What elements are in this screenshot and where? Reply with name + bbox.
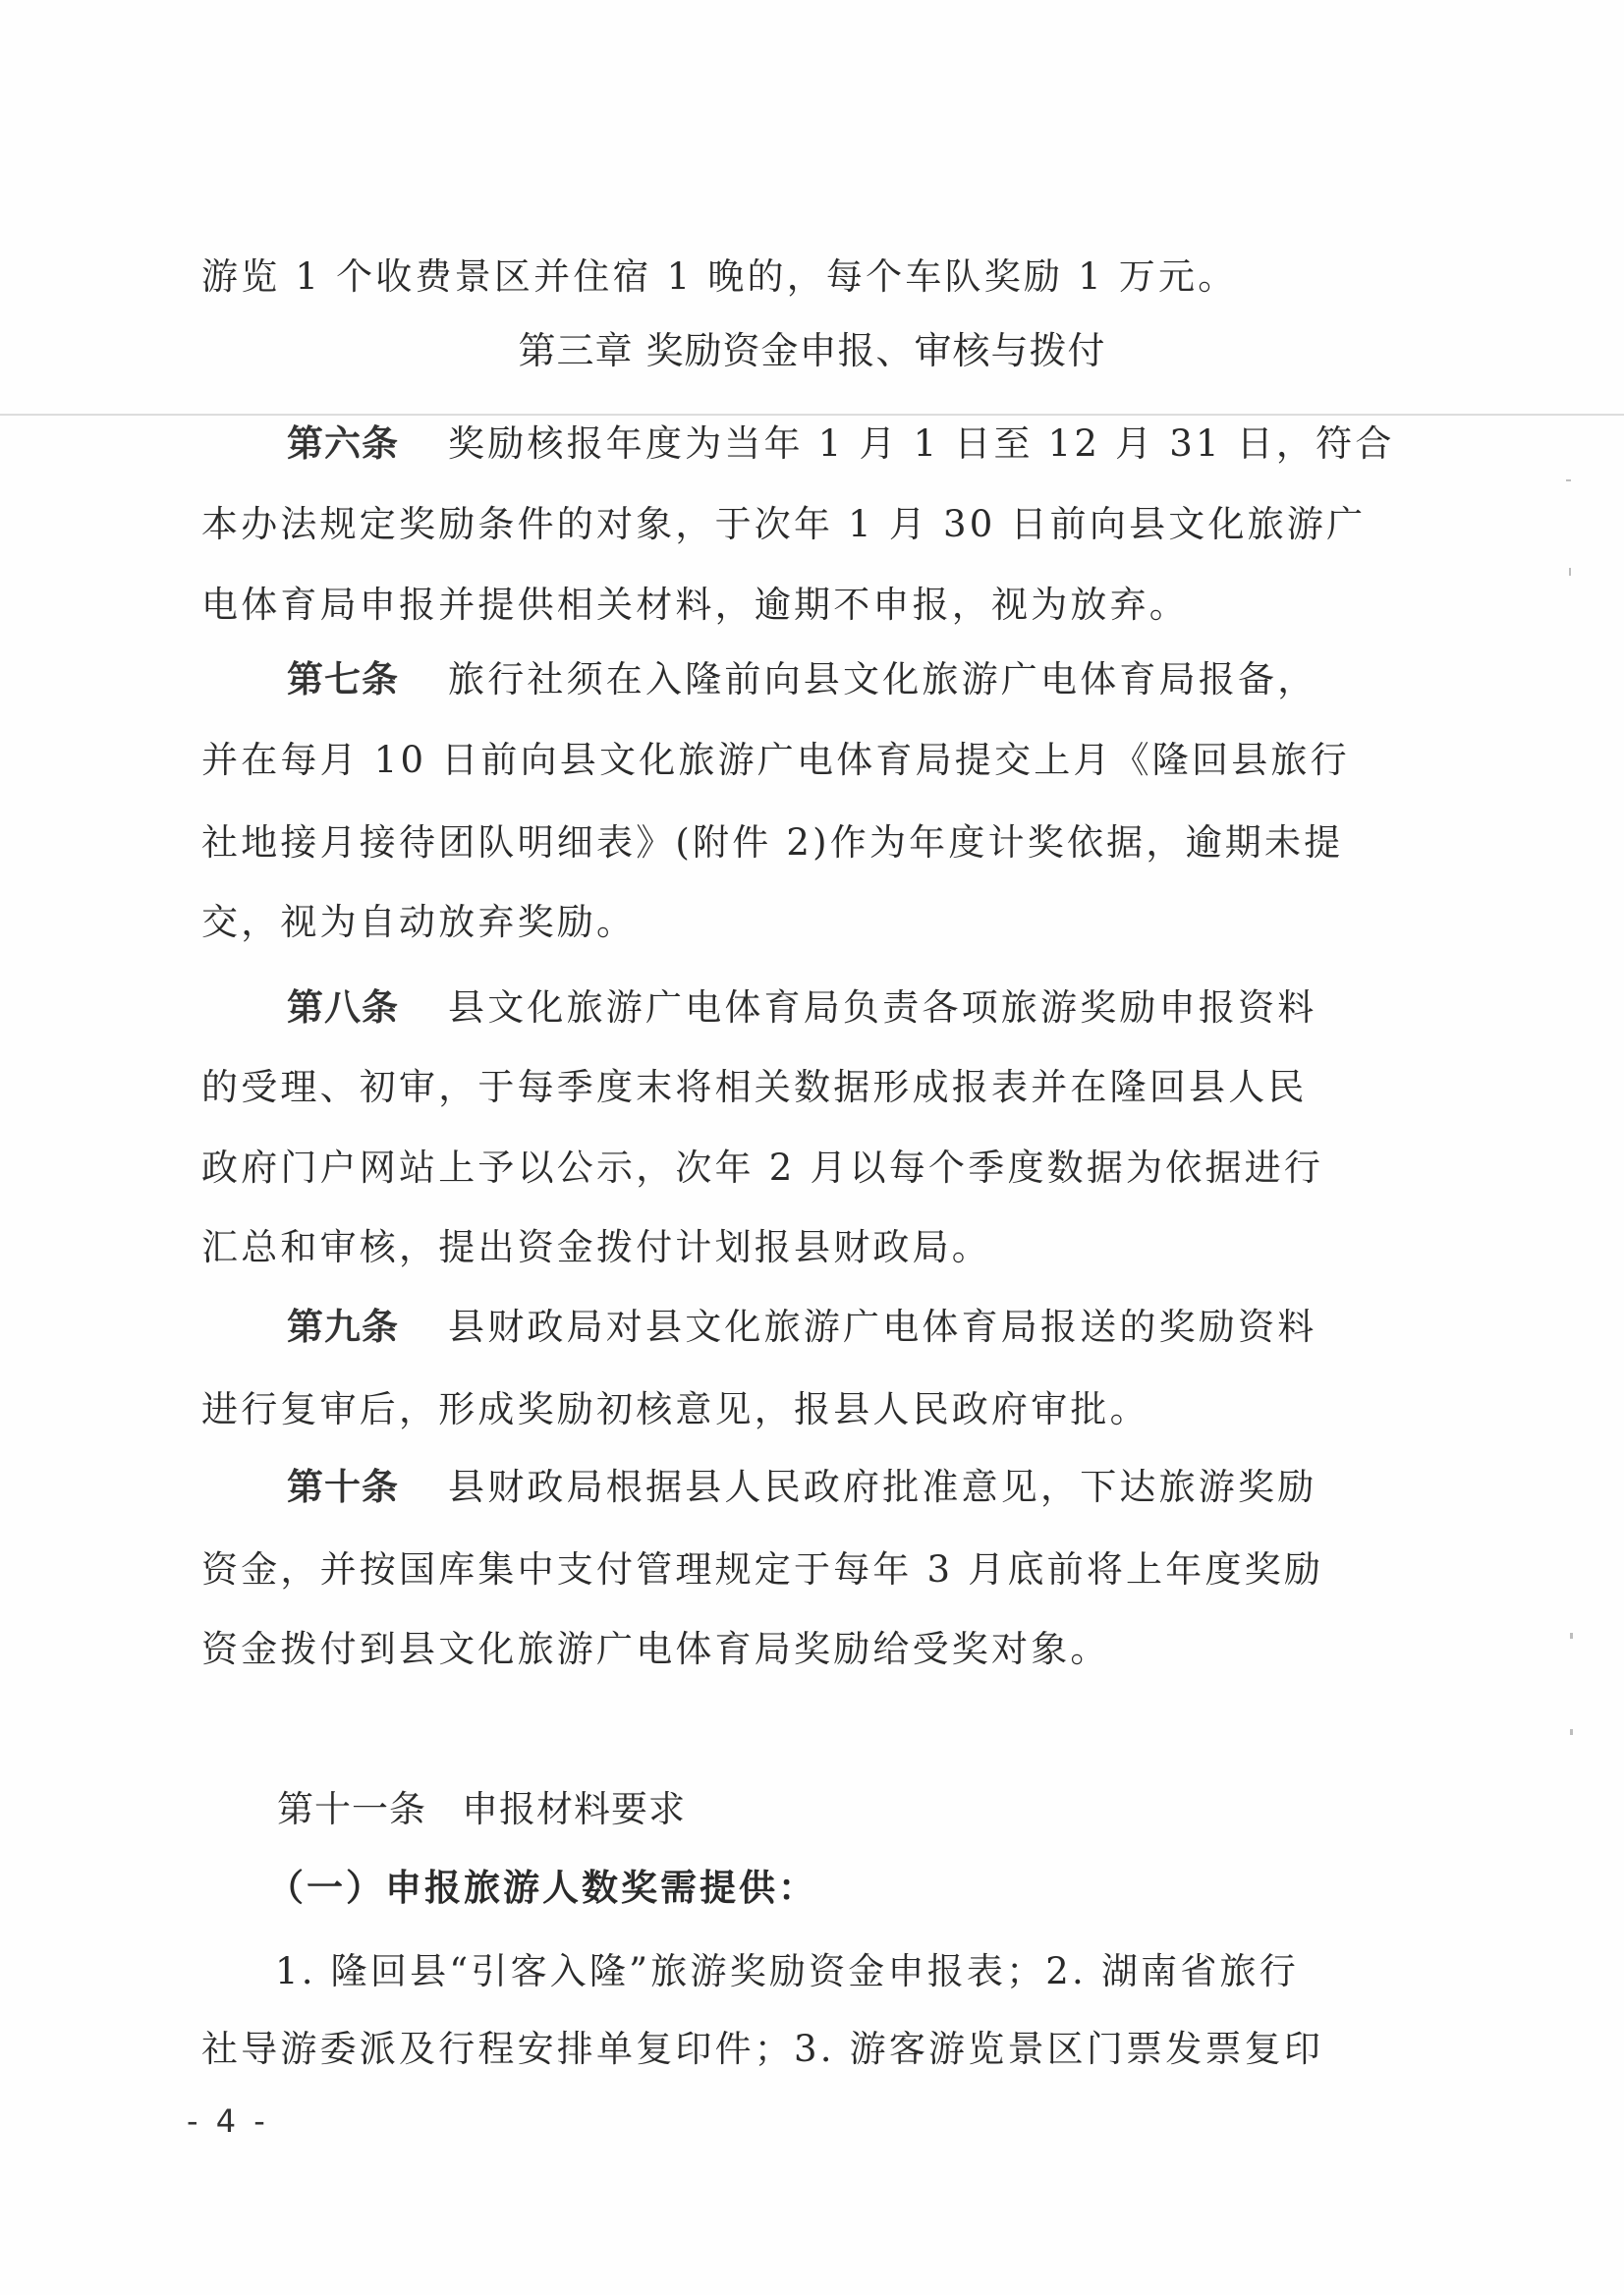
article-9-line-2: 进行复审后，形成奖励初核意见，报县人民政府审批。 <box>201 1386 1429 1433</box>
article-7-label: 第七条 <box>287 658 399 700</box>
page-number: - 4 - <box>187 2102 269 2140</box>
article-10-line-1: 第十条县财政局根据县人民政府批准意见，下达旅游奖励 <box>287 1464 1515 1511</box>
article-11-label: 第十一条 <box>277 1788 426 1830</box>
article-9-line-1: 第九条县财政局对县文化旅游广电体育局报送的奖励资料 <box>287 1304 1515 1351</box>
scan-speck <box>1570 1633 1573 1639</box>
chapter-heading: 第三章 奖励资金申报、审核与拨付 <box>0 327 1624 374</box>
article-11-heading: 第十一条申报材料要求 <box>277 1786 1505 1833</box>
article-6-line-2: 本办法规定奖励条件的对象，于次年 1 月 30 日前向县文化旅游广 <box>201 501 1429 548</box>
article-10-line-3: 资金拨付到县文化旅游广电体育局奖励给受奖对象。 <box>201 1626 1429 1673</box>
article-9-text: 县财政局对县文化旅游广电体育局报送的奖励资料 <box>448 1306 1316 1348</box>
article-7-line-1: 第七条旅行社须在入隆前向县文化旅游广电体育局报备， <box>287 656 1515 703</box>
article-7-text: 旅行社须在入隆前向县文化旅游广电体育局报备， <box>448 658 1316 700</box>
article-8-text: 县文化旅游广电体育局负责各项旅游奖励申报资料 <box>448 986 1316 1029</box>
article-8-line-3: 政府门户网站上予以公示，次年 2 月以每个季度数据为依据进行 <box>201 1145 1429 1192</box>
article-7-line-4: 交，视为自动放弃奖励。 <box>201 899 1429 946</box>
article-9-label: 第九条 <box>287 1306 399 1348</box>
article-7-line-3: 社地接月接待团队明细表》(附件 2)作为年度计奖依据，逾期未提 <box>201 819 1429 867</box>
article-10-text: 县财政局根据县人民政府批准意见，下达旅游奖励 <box>448 1466 1316 1508</box>
article-8-line-4: 汇总和审核，提出资金拨付计划报县财政局。 <box>201 1224 1429 1271</box>
article-6-line-1: 第六条奖励核报年度为当年 1 月 1 日至 12 月 31 日，符合 <box>287 420 1515 468</box>
article-11-subheading: （一）申报旅游人数奖需提供： <box>267 1864 1495 1911</box>
scan-speck <box>1566 479 1571 481</box>
article-7-line-2: 并在每月 10 日前向县文化旅游广电体育局提交上月《隆回县旅行 <box>201 737 1429 784</box>
scan-speck <box>1569 568 1571 576</box>
document-page: 游览 1 个收费景区并住宿 1 晚的，每个车队奖励 1 万元。 第三章 奖励资金… <box>0 0 1624 2295</box>
article-8-label: 第八条 <box>287 986 399 1029</box>
article-6-label: 第六条 <box>287 422 399 465</box>
article-6-line-3: 电体育局申报并提供相关材料，逾期不申报，视为放弃。 <box>201 582 1429 629</box>
article-8-line-1: 第八条县文化旅游广电体育局负责各项旅游奖励申报资料 <box>287 984 1515 1032</box>
article-6-text: 奖励核报年度为当年 1 月 1 日至 12 月 31 日，符合 <box>448 422 1395 465</box>
article-11-title: 申报材料要求 <box>462 1788 686 1830</box>
scan-speck <box>1570 1729 1573 1735</box>
article-10-line-2: 资金，并按国库集中支付管理规定于每年 3 月底前将上年度奖励 <box>201 1546 1429 1594</box>
article-11-line-1: 1. 隆回县“引客入隆”旅游奖励资金申报表；2. 湖南省旅行 <box>275 1948 1503 1995</box>
article-8-line-2: 的受理、初审，于每季度末将相关数据形成报表并在隆回县人民 <box>201 1064 1429 1111</box>
scan-artifact-line <box>0 414 1624 416</box>
article-10-label: 第十条 <box>287 1466 399 1508</box>
article-11-line-2: 社导游委派及行程安排单复印件；3. 游客游览景区门票发票复印 <box>201 2026 1429 2073</box>
continued-paragraph-line: 游览 1 个收费景区并住宿 1 晚的，每个车队奖励 1 万元。 <box>201 253 1429 301</box>
